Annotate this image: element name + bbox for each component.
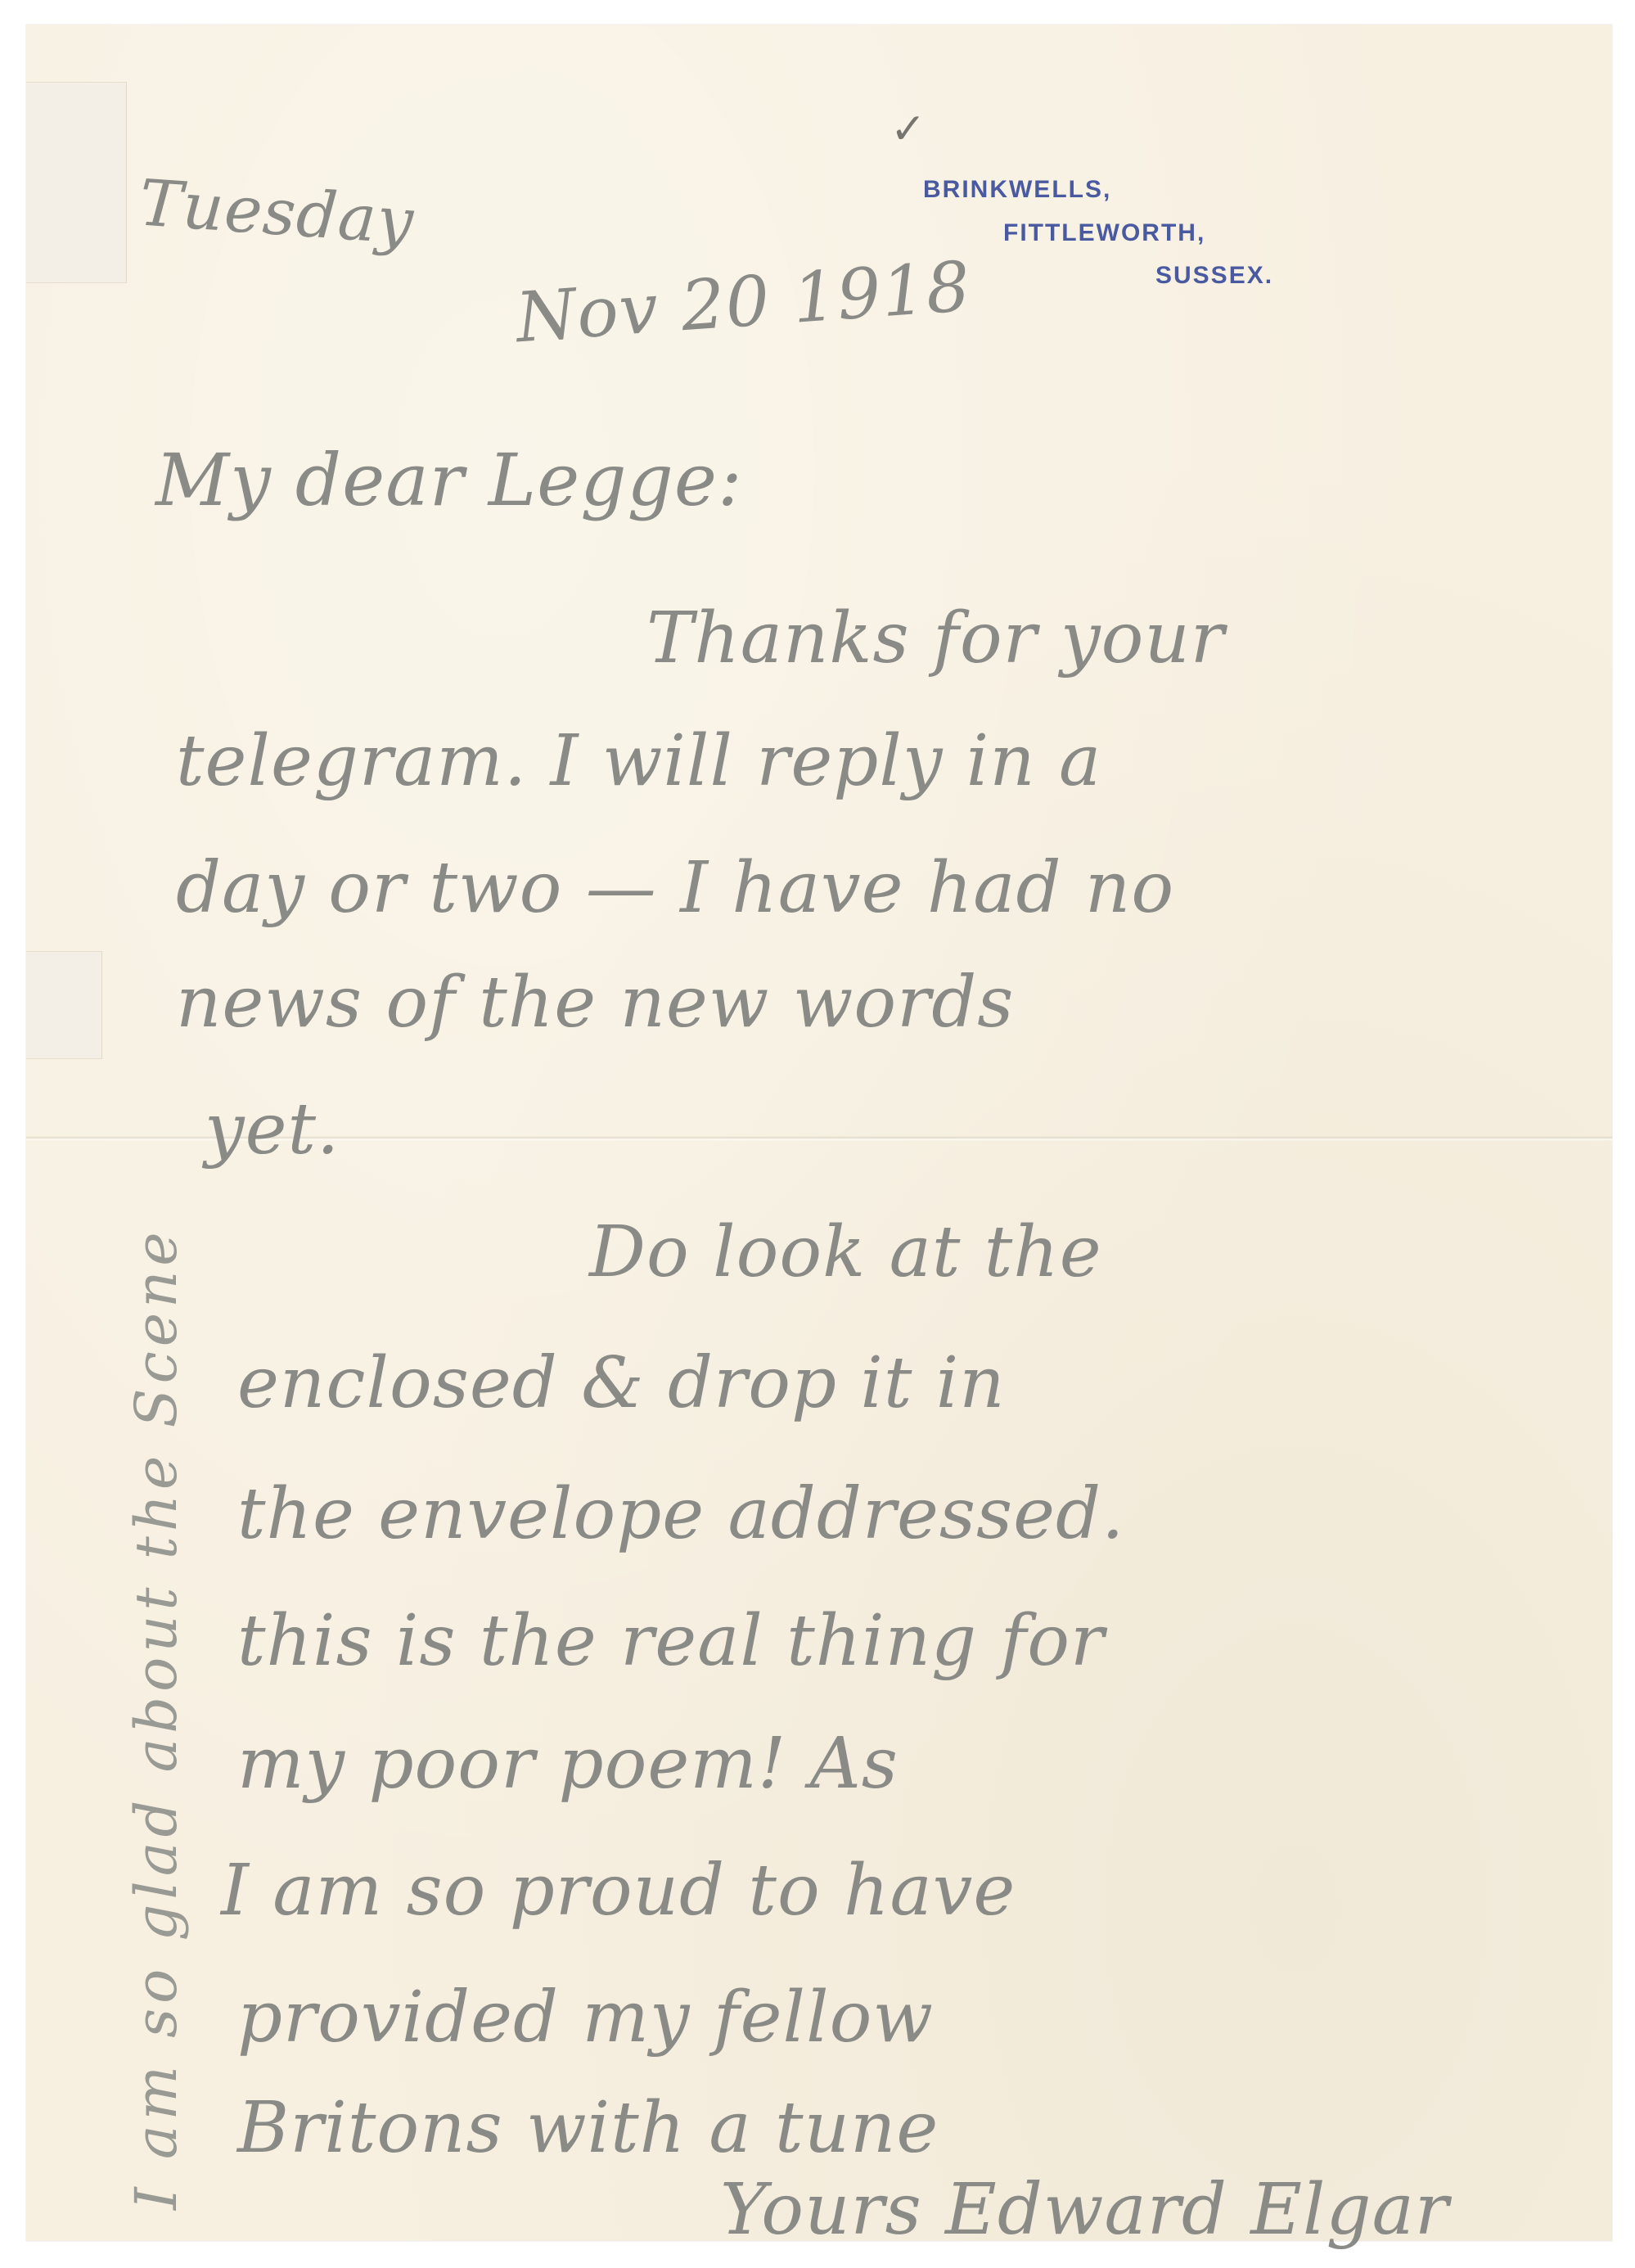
letterhead-line-3: SUSSEX.: [1155, 262, 1273, 290]
body-line-7: enclosed & drop it in: [237, 1342, 1006, 1424]
body-line-4: news of the new words: [176, 962, 1014, 1044]
signature: Yours Edward Elgar: [720, 2169, 1449, 2251]
check-mark-icon: ✓: [890, 105, 927, 154]
body-line-5: yet.: [205, 1089, 340, 1170]
body-line-10: my poor poem! As: [237, 1723, 899, 1805]
margin-note: I am so glad about the Scene: [123, 1227, 190, 2210]
body-line-13: Britons with a tune: [237, 2087, 939, 2169]
body-line-9: this is the real thing for: [237, 1600, 1105, 1682]
body-line-12: provided my fellow: [237, 1977, 934, 2058]
body-line-3: day or two — I have had no: [176, 847, 1174, 929]
paper-tab-top: [26, 82, 127, 283]
body-line-6: Do look at the: [589, 1211, 1102, 1293]
letterhead-line-1: BRINKWELLS,: [923, 176, 1111, 204]
body-line-11: I am so proud to have: [221, 1850, 1016, 1932]
body-line-1: Thanks for your: [646, 597, 1225, 679]
body-line-2: telegram. I will reply in a: [176, 720, 1101, 802]
body-line-8: the envelope addressed.: [237, 1473, 1124, 1555]
salutation: My dear Legge:: [155, 438, 743, 522]
paper-tab-middle: [26, 951, 102, 1059]
letterhead-line-2: FITTLEWORTH,: [1003, 219, 1205, 247]
